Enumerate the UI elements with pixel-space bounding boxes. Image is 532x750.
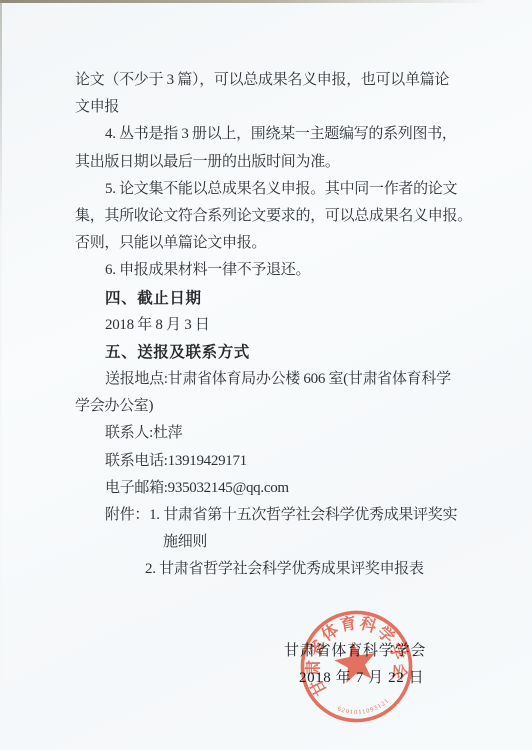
official-seal: 甘肃省体育科学学会 6201011093121 [286,596,426,736]
document-line: 联系电话:13919429171 [75,448,475,475]
document-line: 2. 甘肃省哲学社会科学优秀成果评奖申报表 [75,556,475,583]
document-line: 2018 年 8 月 3 日 [75,312,475,339]
scanned-page: 论文（不少于 3 篇），可以总成果名义申报，也可以单篇论文申报4. 丛书是指 3… [0,0,532,750]
seal-serial: 6201011093121 [335,696,392,720]
scan-top-edge [0,0,532,3]
document-line: 附件：1. 甘肃省第十五次哲学社会科学优秀成果评奖实 [75,502,475,529]
document-line: 四、截止日期 [75,285,475,312]
seal-star [332,638,380,684]
document-line: 5. 论文集不能以总成果名义申报。其中同一作者的论文 [75,176,475,203]
document-line: 学会办公室) [75,393,475,420]
document-body: 论文（不少于 3 篇），可以总成果名义申报，也可以单篇论文申报4. 丛书是指 3… [75,67,475,584]
document-line: 6. 申报成果材料一律不予退还。 [75,257,475,284]
document-line: 4. 丛书是指 3 册以上，围绕某一主题编写的系列图书， [75,121,475,148]
document-line: 否则，只能以单篇论文申报。 [75,230,475,257]
document-line: 送报地点:甘肃省体育局办公楼 606 室(甘肃省体育科学 [75,366,475,393]
document-line: 联系人:杜萍 [75,420,475,447]
document-line: 集，其所收论文符合系列论文要求的，可以总成果名义申报。 [75,203,475,230]
document-line: 其出版日期以最后一册的出版时间为准。 [75,149,475,176]
document-line: 施细则 [75,529,475,556]
scan-left-edge [0,0,2,750]
document-line: 文申报 [75,94,475,121]
document-line: 电子邮箱:935032145@qq.com [75,475,475,502]
document-line: 五、送报及联系方式 [75,339,475,366]
document-line: 论文（不少于 3 篇），可以总成果名义申报，也可以单篇论 [75,67,475,94]
